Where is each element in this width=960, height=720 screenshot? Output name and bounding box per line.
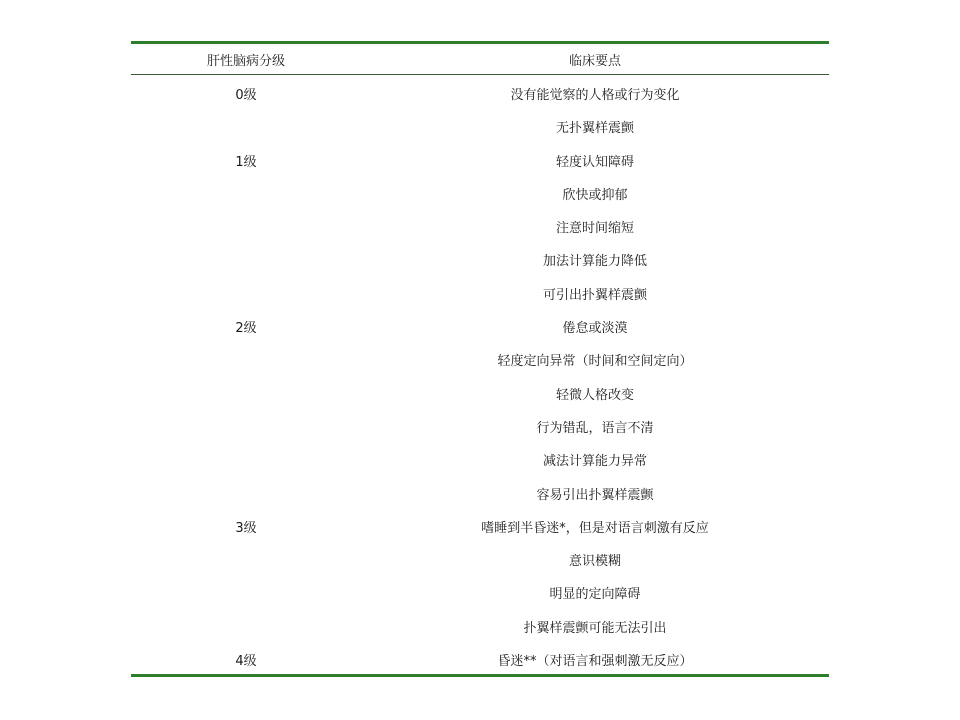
- clinical-cell: 行为错乱，语言不清: [361, 408, 829, 436]
- clinical-cell: 意识模糊: [361, 541, 829, 569]
- grade-cell: [131, 108, 361, 117]
- grade-cell: [131, 375, 361, 384]
- grade-cell: 3级: [131, 508, 361, 536]
- table-row: 4级昏迷**（对语言和强刺激无反应）: [131, 641, 829, 674]
- clinical-cell: 轻微人格改变: [361, 375, 829, 403]
- clinical-cell: 容易引出扑翼样震颤: [361, 475, 829, 503]
- table-row: 扑翼样震颤可能无法引出: [131, 608, 829, 641]
- clinical-cell: 注意时间缩短: [361, 208, 829, 236]
- grade-cell: [131, 608, 361, 617]
- clinical-cell: 明显的定向障碍: [361, 574, 829, 602]
- grade-cell: [131, 275, 361, 284]
- clinical-cell: 无扑翼样震颤: [361, 108, 829, 136]
- bottom-rule: [131, 674, 829, 677]
- clinical-cell: 昏迷**（对语言和强刺激无反应）: [361, 641, 829, 669]
- table-body: 0级没有能觉察的人格或行为变化 无扑翼样震颤 1级轻度认知障碍 欣快或抑郁 注意…: [131, 75, 829, 674]
- grade-cell: [131, 441, 361, 450]
- grade-cell: 1级: [131, 142, 361, 170]
- grade-cell: [131, 341, 361, 350]
- clinical-cell: 可引出扑翼样震颤: [361, 275, 829, 303]
- table-row: 0级没有能觉察的人格或行为变化: [131, 75, 829, 108]
- table-row: 注意时间缩短: [131, 208, 829, 241]
- table-row: 1级轻度认知障碍: [131, 142, 829, 175]
- header-clinical: 临床要点: [361, 50, 829, 69]
- clinical-cell: 减法计算能力异常: [361, 441, 829, 469]
- table-row: 可引出扑翼样震颤: [131, 275, 829, 308]
- table-row: 容易引出扑翼样震颤: [131, 475, 829, 508]
- clinical-cell: 嗜睡到半昏迷*，但是对语言刺激有反应: [361, 508, 829, 536]
- clinical-cell: 加法计算能力降低: [361, 241, 829, 269]
- table-row: 欣快或抑郁: [131, 175, 829, 208]
- clinical-cell: 扑翼样震颤可能无法引出: [361, 608, 829, 636]
- grade-cell: [131, 541, 361, 550]
- table-row: 明显的定向障碍: [131, 574, 829, 607]
- header-grade: 肝性脑病分级: [131, 50, 361, 69]
- table-row: 减法计算能力异常: [131, 441, 829, 474]
- clinical-cell: 欣快或抑郁: [361, 175, 829, 203]
- grade-cell: 0级: [131, 75, 361, 103]
- clinical-cell: 倦怠或淡漠: [361, 308, 829, 336]
- table-row: 无扑翼样震颤: [131, 108, 829, 141]
- table-row: 轻微人格改变: [131, 375, 829, 408]
- table-row: 轻度定向异常（时间和空间定向）: [131, 341, 829, 374]
- table-header: 肝性脑病分级 临床要点: [131, 44, 829, 75]
- grade-cell: [131, 208, 361, 217]
- table-row: 加法计算能力降低: [131, 241, 829, 274]
- hepatic-encephalopathy-grading-table: 肝性脑病分级 临床要点 0级没有能觉察的人格或行为变化 无扑翼样震颤 1级轻度认…: [131, 41, 829, 677]
- grade-cell: [131, 241, 361, 250]
- grade-cell: [131, 175, 361, 184]
- table-row: 2级倦怠或淡漠: [131, 308, 829, 341]
- grade-cell: 4级: [131, 641, 361, 669]
- grade-cell: 2级: [131, 308, 361, 336]
- table-row: 行为错乱，语言不清: [131, 408, 829, 441]
- table-row: 意识模糊: [131, 541, 829, 574]
- clinical-cell: 轻度认知障碍: [361, 142, 829, 170]
- clinical-cell: 没有能觉察的人格或行为变化: [361, 75, 829, 103]
- grade-cell: [131, 408, 361, 417]
- table-row: 3级嗜睡到半昏迷*，但是对语言刺激有反应: [131, 508, 829, 541]
- clinical-cell: 轻度定向异常（时间和空间定向）: [361, 341, 829, 369]
- grade-cell: [131, 475, 361, 484]
- grade-cell: [131, 574, 361, 583]
